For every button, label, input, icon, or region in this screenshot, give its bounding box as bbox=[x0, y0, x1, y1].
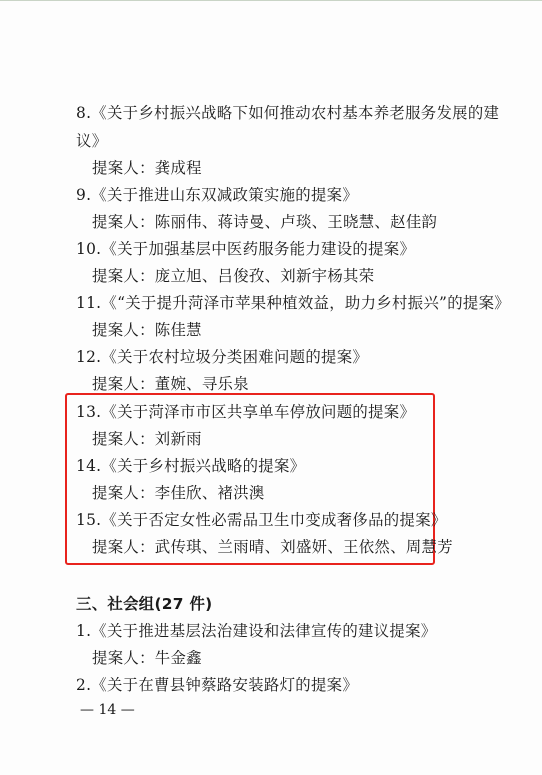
social-item-1-title: 1.《关于推进基层法治建设和法律宣传的建议提案》 bbox=[76, 621, 436, 641]
item-13-proposer: 提案人：刘新雨 bbox=[92, 429, 202, 449]
document-page: 8.《关于乡村振兴战略下如何推动农村基本养老服务发展的建 议》 提案人：龚成程 … bbox=[0, 0, 542, 775]
item-8-proposer: 提案人：龚成程 bbox=[92, 158, 202, 178]
item-15-proposer: 提案人：武传琪、兰雨晴、刘盛妍、王依然、周慧芳 bbox=[92, 537, 453, 557]
item-9-title: 9.《关于推进山东双减政策实施的提案》 bbox=[76, 185, 358, 205]
page-number: — 14 — bbox=[80, 700, 135, 720]
item-10-proposer: 提案人：庞立旭、吕俊孜、刘新宇杨其荣 bbox=[92, 266, 374, 286]
item-11-title: 11.《“关于提升菏泽市苹果种植效益，助力乡村振兴”的提案》 bbox=[76, 293, 510, 313]
social-item-1-proposer: 提案人：牛金鑫 bbox=[92, 648, 202, 668]
item-15-title: 15.《关于否定女性必需品卫生巾变成奢侈品的提案》 bbox=[76, 510, 447, 530]
item-9-proposer: 提案人：陈丽伟、蒋诗曼、卢琰、王晓慧、赵佳韵 bbox=[92, 212, 437, 232]
item-10-title: 10.《关于加强基层中医药服务能力建设的提案》 bbox=[76, 239, 415, 259]
social-item-2-title: 2.《关于在曹县钟蔡路安装路灯的提案》 bbox=[76, 675, 358, 695]
item-13-title: 13.《关于菏泽市市区共享单车停放问题的提案》 bbox=[76, 402, 415, 422]
item-14-title: 14.《关于乡村振兴战略的提案》 bbox=[76, 456, 305, 476]
item-8-title-line1: 8.《关于乡村振兴战略下如何推动农村基本养老服务发展的建 bbox=[76, 103, 499, 123]
item-8-title-line2: 议》 bbox=[76, 131, 107, 151]
section-heading-social-group: 三、社会组(27 件) bbox=[76, 594, 213, 614]
item-12-proposer: 提案人：董婉、寻乐泉 bbox=[92, 374, 249, 394]
item-12-title: 12.《关于农村垃圾分类困难问题的提案》 bbox=[76, 347, 368, 367]
item-11-proposer: 提案人：陈佳慧 bbox=[92, 320, 202, 340]
item-14-proposer: 提案人：李佳欣、褚洪澳 bbox=[92, 483, 265, 503]
